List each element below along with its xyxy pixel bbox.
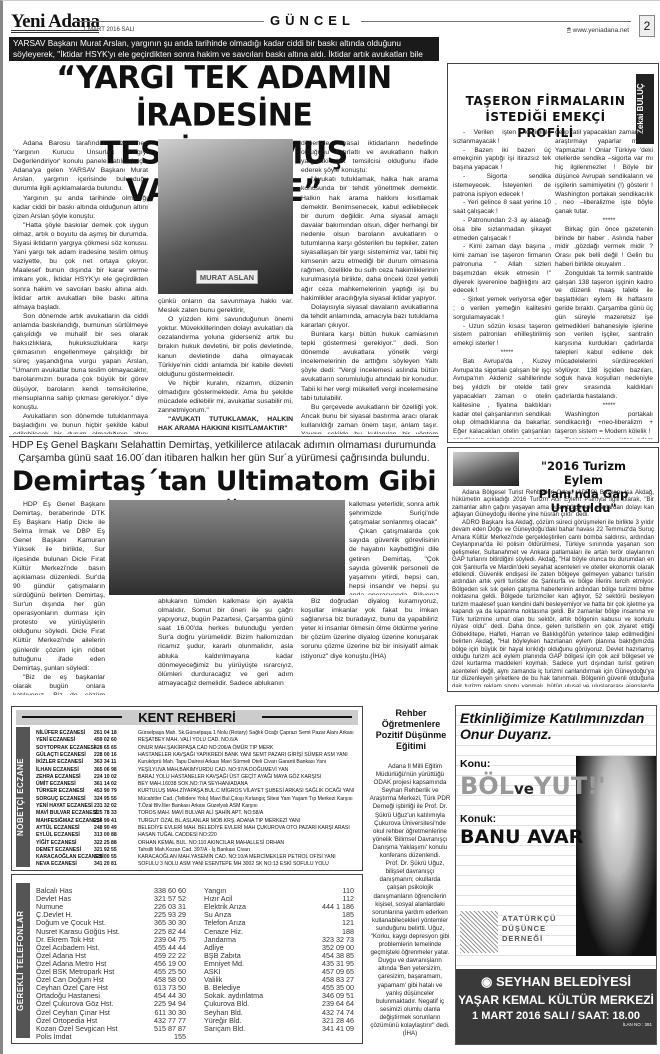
phone-number: 341 41 09 <box>322 1025 354 1034</box>
phone-label: Polis İmdat <box>36 1033 72 1042</box>
rehber-headline: Rehber Öğretmenlere Pozitif Düşünme Eğit… <box>371 708 451 752</box>
taseron-column-1: - Verilen işten kesinlikle sızlanmayacak… <box>453 129 551 439</box>
phone-number: 155 <box>174 1033 186 1042</box>
advertisement[interactable]: Etkinliğimize Katılımınızdan Onur Duyarı… <box>455 705 657 1045</box>
section-title: GÜNCEL <box>264 13 361 28</box>
ad-topic: BÖLveYUT!' <box>460 772 605 800</box>
pharmacy-phone: 341 20 81 <box>94 860 138 868</box>
phone-row: Polis İmdat155 <box>36 1033 186 1042</box>
kent-rehberi-box: KENT REHBERİ NÖBETÇİ ECZANE NİLÜFER ECZA… <box>11 706 363 871</box>
sponsor-name: ◉ SEYHAN BELEDİYESİ <box>456 974 656 990</box>
demirtas-press-photo <box>109 500 345 595</box>
article1-subheading: "AVUKATI TUTUKLAMAK, HALKIN HAK ARAMA HA… <box>158 415 293 433</box>
event-venue: YAŞAR KEMAL KÜLTÜR MERKEZİ <box>456 993 656 1007</box>
nobetci-eczane-label: NÖBETÇİ ECZANE <box>16 727 30 867</box>
rehber-article-body: Adana İl Milli Eğitim Müdürlüğü'nün yürü… <box>369 763 451 1048</box>
kent-rehberi-header: KENT REHBERİ <box>16 710 358 725</box>
turizm-article-body: Adana Bölgesel Turist Rehberleri Odası (… <box>452 489 654 687</box>
taseron-column-2: gelip tatil yapacakları zaman aynı araşt… <box>555 129 653 439</box>
article1-column-1: Adana Barosu tarafından düzenlenen 'Yarg… <box>13 139 148 434</box>
murat-aslan-photo: MURAT ASLAN <box>158 139 293 294</box>
section-divider <box>9 436 439 437</box>
ad-topic-label: Konu: <box>460 758 490 770</box>
phone-label: Sarıçam Bld. <box>204 1025 245 1034</box>
article1-column-2: çünkü onların da savunmaya hakkı var. Me… <box>158 297 293 434</box>
website-link[interactable]: 🖱 www.yeniadana.net <box>567 27 629 35</box>
page-number: 2 <box>639 15 655 37</box>
article2-column-1: HDP Eş Genel Başkanı Demirtaş, beraberin… <box>13 500 105 695</box>
org-name: ATATÜRKÇÜ DÜŞÜNCE DERNEĞİ <box>502 914 542 944</box>
ad-number: İLAN NO : 391 <box>456 1022 656 1027</box>
article2-column-3-cont: Biz doğrudan diyalog kuramıyoruz, koşull… <box>301 597 438 697</box>
pharmacy-address: SOFULU 3 NOLU ASM YANI ESENTEPE MH 3002 … <box>138 860 329 868</box>
arrow-left-icon <box>262 716 352 718</box>
issue-date: 1 MART 2016 SALI <box>83 27 134 33</box>
photo-caption: MURAT ASLAN <box>196 270 258 284</box>
ad-guest-label: Konuk: <box>460 813 496 825</box>
ad-headline: Etkinliğimize Katılımınızdan Onur Duyarı… <box>460 710 656 742</box>
ad-guest-name: BANU AVAR <box>460 826 583 848</box>
article1-lead: YARSAV Başkanı Murat Arslan, yargının şu… <box>9 37 439 61</box>
gerekli-telefonlar-box: GEREKLİ TELEFONLAR Balcalı Has338 60 60D… <box>11 874 363 1044</box>
ataturkcu-dusunce-logo <box>460 911 498 953</box>
article1-column-3: dönemde siyasal iktidarların hedefinde o… <box>301 139 438 434</box>
pharmacy-row: NEVA ECZANESİ341 20 81SOFULU 3 NOLU ASM … <box>36 860 329 868</box>
phone-row: Sarıçam Bld.341 41 09 <box>204 1025 354 1034</box>
event-datetime: 1 MART 2016 SALI / SAAT: 18.00 <box>456 1010 656 1022</box>
article2-column-3: kalkması yeterlidir, sonra artık şehrimi… <box>349 500 439 595</box>
pharmacy-name: NEVA ECZANESİ <box>36 860 94 868</box>
gerekli-telefonlar-label: GEREKLİ TELEFONLAR <box>16 883 30 1038</box>
article2-subtitle: HDP Eş Genel Başkanı Selahattin Demirtaş… <box>9 439 439 465</box>
newspaper-page: Yeni Adana 1 MART 2016 SALI GÜNCEL 🖱 www… <box>0 0 660 1054</box>
ad-footer: ◉ SEYHAN BELEDİYESİ YAŞAR KEMAL KÜLTÜR M… <box>456 969 656 1044</box>
page-header: Yeni Adana 1 MART 2016 SALI GÜNCEL 🖱 www… <box>9 9 659 35</box>
article2-column-2: ablukanın tümden kalkması için ayakta ol… <box>158 597 293 697</box>
seyhan-logo-icon: ◉ <box>481 974 496 989</box>
isa-akdag-photo <box>453 452 519 486</box>
